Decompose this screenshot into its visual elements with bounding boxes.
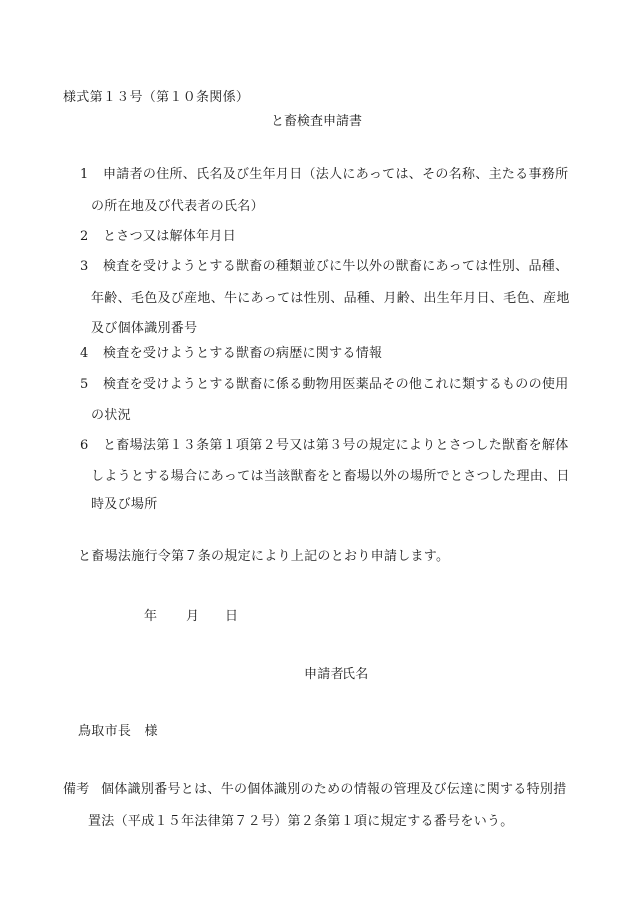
form-number: 様式第１３号（第１０条関係） [63, 90, 249, 106]
item-text: の所在地及び代表者の氏名） [91, 199, 264, 215]
item-text: 検査を受けようとする獣畜に係る動物用医薬品その他これに類するものの使用 [103, 377, 569, 393]
item-text: 検査を受けようとする獣畜の種類並びに牛以外の獣畜にあっては性別、品種、 [103, 259, 568, 275]
item-number: 2 [80, 229, 89, 245]
date-month-label: 月 [186, 609, 199, 625]
item-number: 1 [80, 167, 89, 183]
item-text: 時及び場所 [91, 497, 158, 513]
applicant-label: 申請者 [304, 667, 344, 683]
item-text: しようとする場合にあっては当該獣畜をと畜場以外の場所でとさつした理由、日 [91, 469, 570, 485]
item-text: 及び個体識別番号 [91, 321, 197, 337]
item-text: 年齢、毛色及び産地、牛にあっては性別、品種、月齢、出生年月日、毛色、産地 [91, 291, 570, 307]
application-statement: と畜場法施行令第７条の規定により上記のとおり申請します。 [78, 549, 449, 565]
item-text: 検査を受けようとする獣畜の病歴に関する情報 [103, 346, 382, 362]
addressee: 鳥取市長 様 [78, 724, 158, 740]
date-day-label: 日 [225, 609, 238, 625]
item-text: 申請者の住所、氏名及び生年月日（法人にあっては、その名称、主たる事務所 [103, 167, 568, 183]
document-title: と畜検査申請書 [271, 114, 362, 130]
applicant-name-label: 氏名 [342, 667, 369, 683]
date-year-label: 年 [144, 609, 157, 625]
item-text: とさつ又は解体年月日 [103, 229, 236, 245]
remarks-text: 置法（平成１５年法律第７２号）第２条第１項に規定する番号をいう。 [88, 814, 514, 830]
item-number: 4 [80, 346, 89, 362]
remarks-label: 備考 [63, 782, 90, 798]
item-text: の状況 [91, 408, 131, 424]
item-number: 3 [80, 259, 89, 275]
remarks-text: 個体識別番号とは、牛の個体識別のための情報の管理及び伝達に関する特別措 [101, 782, 567, 798]
item-text: と畜場法第１３条第１項第２号又は第３号の規定によりとさつした獣畜を解体 [103, 438, 569, 454]
item-number: 6 [80, 438, 89, 454]
item-number: 5 [80, 377, 89, 393]
